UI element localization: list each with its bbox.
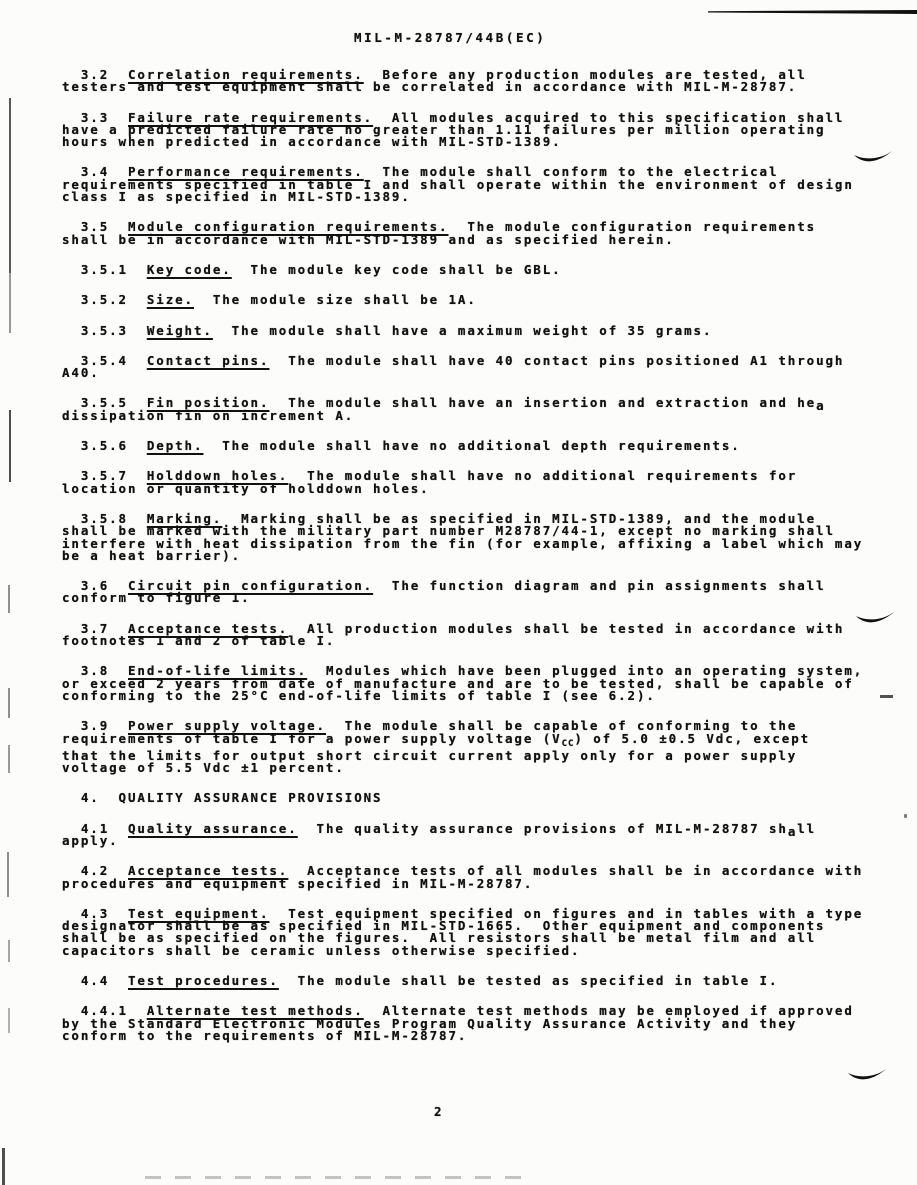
paragraph-3-2: 3.2 Correlation requirements. Before any… <box>62 69 917 94</box>
section-body: The quality assurance provisions of MIL-… <box>298 821 788 836</box>
dropped-character: a <box>816 398 825 413</box>
scan-artifact-line <box>8 688 10 718</box>
scan-artifact-line <box>9 273 11 333</box>
scanned-document-page: MIL-M-28787/44B(EC) 3.2 Correlation requ… <box>0 0 917 1185</box>
paragraph-3-5-7: 3.5.7 Holddown holes. The module shall h… <box>62 470 917 495</box>
scan-mark-swoosh-lower <box>846 1066 888 1084</box>
section-number: 3.5.6 <box>62 438 147 453</box>
paragraph-4-2: 4.2 Acceptance tests. Acceptance tests o… <box>62 865 917 890</box>
section-number: 3.5.3 <box>62 323 147 338</box>
section-body: The module key code shall be GBL. <box>232 262 562 277</box>
paragraph-3-6: 3.6 Circuit pin configuration. The funct… <box>62 580 917 605</box>
section-title: Key code. <box>147 262 232 277</box>
paragraph-3-5-4: 3.5.4 Contact pins. The module shall hav… <box>62 355 917 380</box>
section-body: dissipation fin on increment A. <box>62 408 354 423</box>
scan-artifact-top-line <box>708 10 917 14</box>
scan-artifact-line <box>7 852 9 897</box>
scan-artifact-line <box>8 1008 10 1033</box>
scan-artifact-dot <box>904 814 907 818</box>
section-title: Weight. <box>147 323 213 338</box>
scan-artifact-line <box>8 940 10 962</box>
section-body: The module shall have no additional dept… <box>203 438 740 453</box>
section-title: Contact pins. <box>147 353 270 368</box>
paragraph-3-9: 3.9 Power supply voltage. The module sha… <box>62 720 917 774</box>
document-id-header: MIL-M-28787/44B(EC) <box>354 30 546 45</box>
paragraph-3-5-3: 3.5.3 Weight. The module shall have a ma… <box>62 325 917 337</box>
scan-artifact-line <box>9 98 11 273</box>
paragraph-3-4: 3.4 Performance requirements. The module… <box>62 166 917 203</box>
paragraph-3-5-1: 3.5.1 Key code. The module key code shal… <box>62 264 917 276</box>
paragraph-4-4: 4.4 Test procedures. The module shall be… <box>62 975 917 987</box>
paragraph-3-7: 3.7 Acceptance tests. All production mod… <box>62 623 917 648</box>
paragraph-3-5: 3.5 Module configuration requirements. T… <box>62 221 917 246</box>
section-body: The module shall have a maximum weight o… <box>213 323 713 338</box>
paragraph-4-1: 4.1 Quality assurance. The quality assur… <box>62 823 917 848</box>
document-body: 3.2 Correlation requirements. Before any… <box>62 69 917 1060</box>
scan-artifact-line <box>8 585 10 613</box>
paragraph-4-4-1: 4.4.1 Alternate test methods. Alternate … <box>62 1005 917 1042</box>
scan-artifact-line <box>8 745 10 773</box>
dropped-character: a <box>788 824 797 839</box>
scan-artifact-dash <box>880 695 893 698</box>
section-title: Size. <box>147 292 194 307</box>
paragraph-3-8: 3.8 End-of-life limits. Modules which ha… <box>62 665 917 702</box>
scan-artifact-line <box>9 410 11 482</box>
section-title: Quality assurance. <box>128 821 298 836</box>
section-body: The module shall be tested as specified … <box>279 973 779 988</box>
section-body: The module size shall be 1A. <box>194 292 477 307</box>
paragraph-3-5-6: 3.5.6 Depth. The module shall have no ad… <box>62 440 917 452</box>
section-title: Test procedures. <box>128 973 279 988</box>
section-body: 4. QUALITY ASSURANCE PROVISIONS <box>62 790 382 805</box>
scan-artifact-bottom-dashes <box>145 1176 530 1179</box>
paragraph-4: 4. QUALITY ASSURANCE PROVISIONS <box>62 792 917 804</box>
section-title: Depth. <box>147 438 204 453</box>
section-number: 3.5.2 <box>62 292 147 307</box>
page-number: 2 <box>434 1104 442 1119</box>
paragraph-3-3: 3.3 Failure rate requirements. All modul… <box>62 112 917 149</box>
section-number: 3.5.1 <box>62 262 147 277</box>
scan-mark-swoosh-middle <box>854 609 896 627</box>
scan-artifact-line <box>2 1148 5 1185</box>
paragraph-3-5-8: 3.5.8 Marking. Marking shall be as speci… <box>62 513 917 562</box>
paragraph-3-5-2: 3.5.2 Size. The module size shall be 1A. <box>62 294 917 306</box>
paragraph-4-3: 4.3 Test equipment. Test equipment speci… <box>62 908 917 957</box>
paragraph-3-5-5: 3.5.5 Fin position. The module shall hav… <box>62 397 917 422</box>
scan-mark-swoosh-upper <box>852 148 894 166</box>
section-number: 4.4 <box>62 973 128 988</box>
